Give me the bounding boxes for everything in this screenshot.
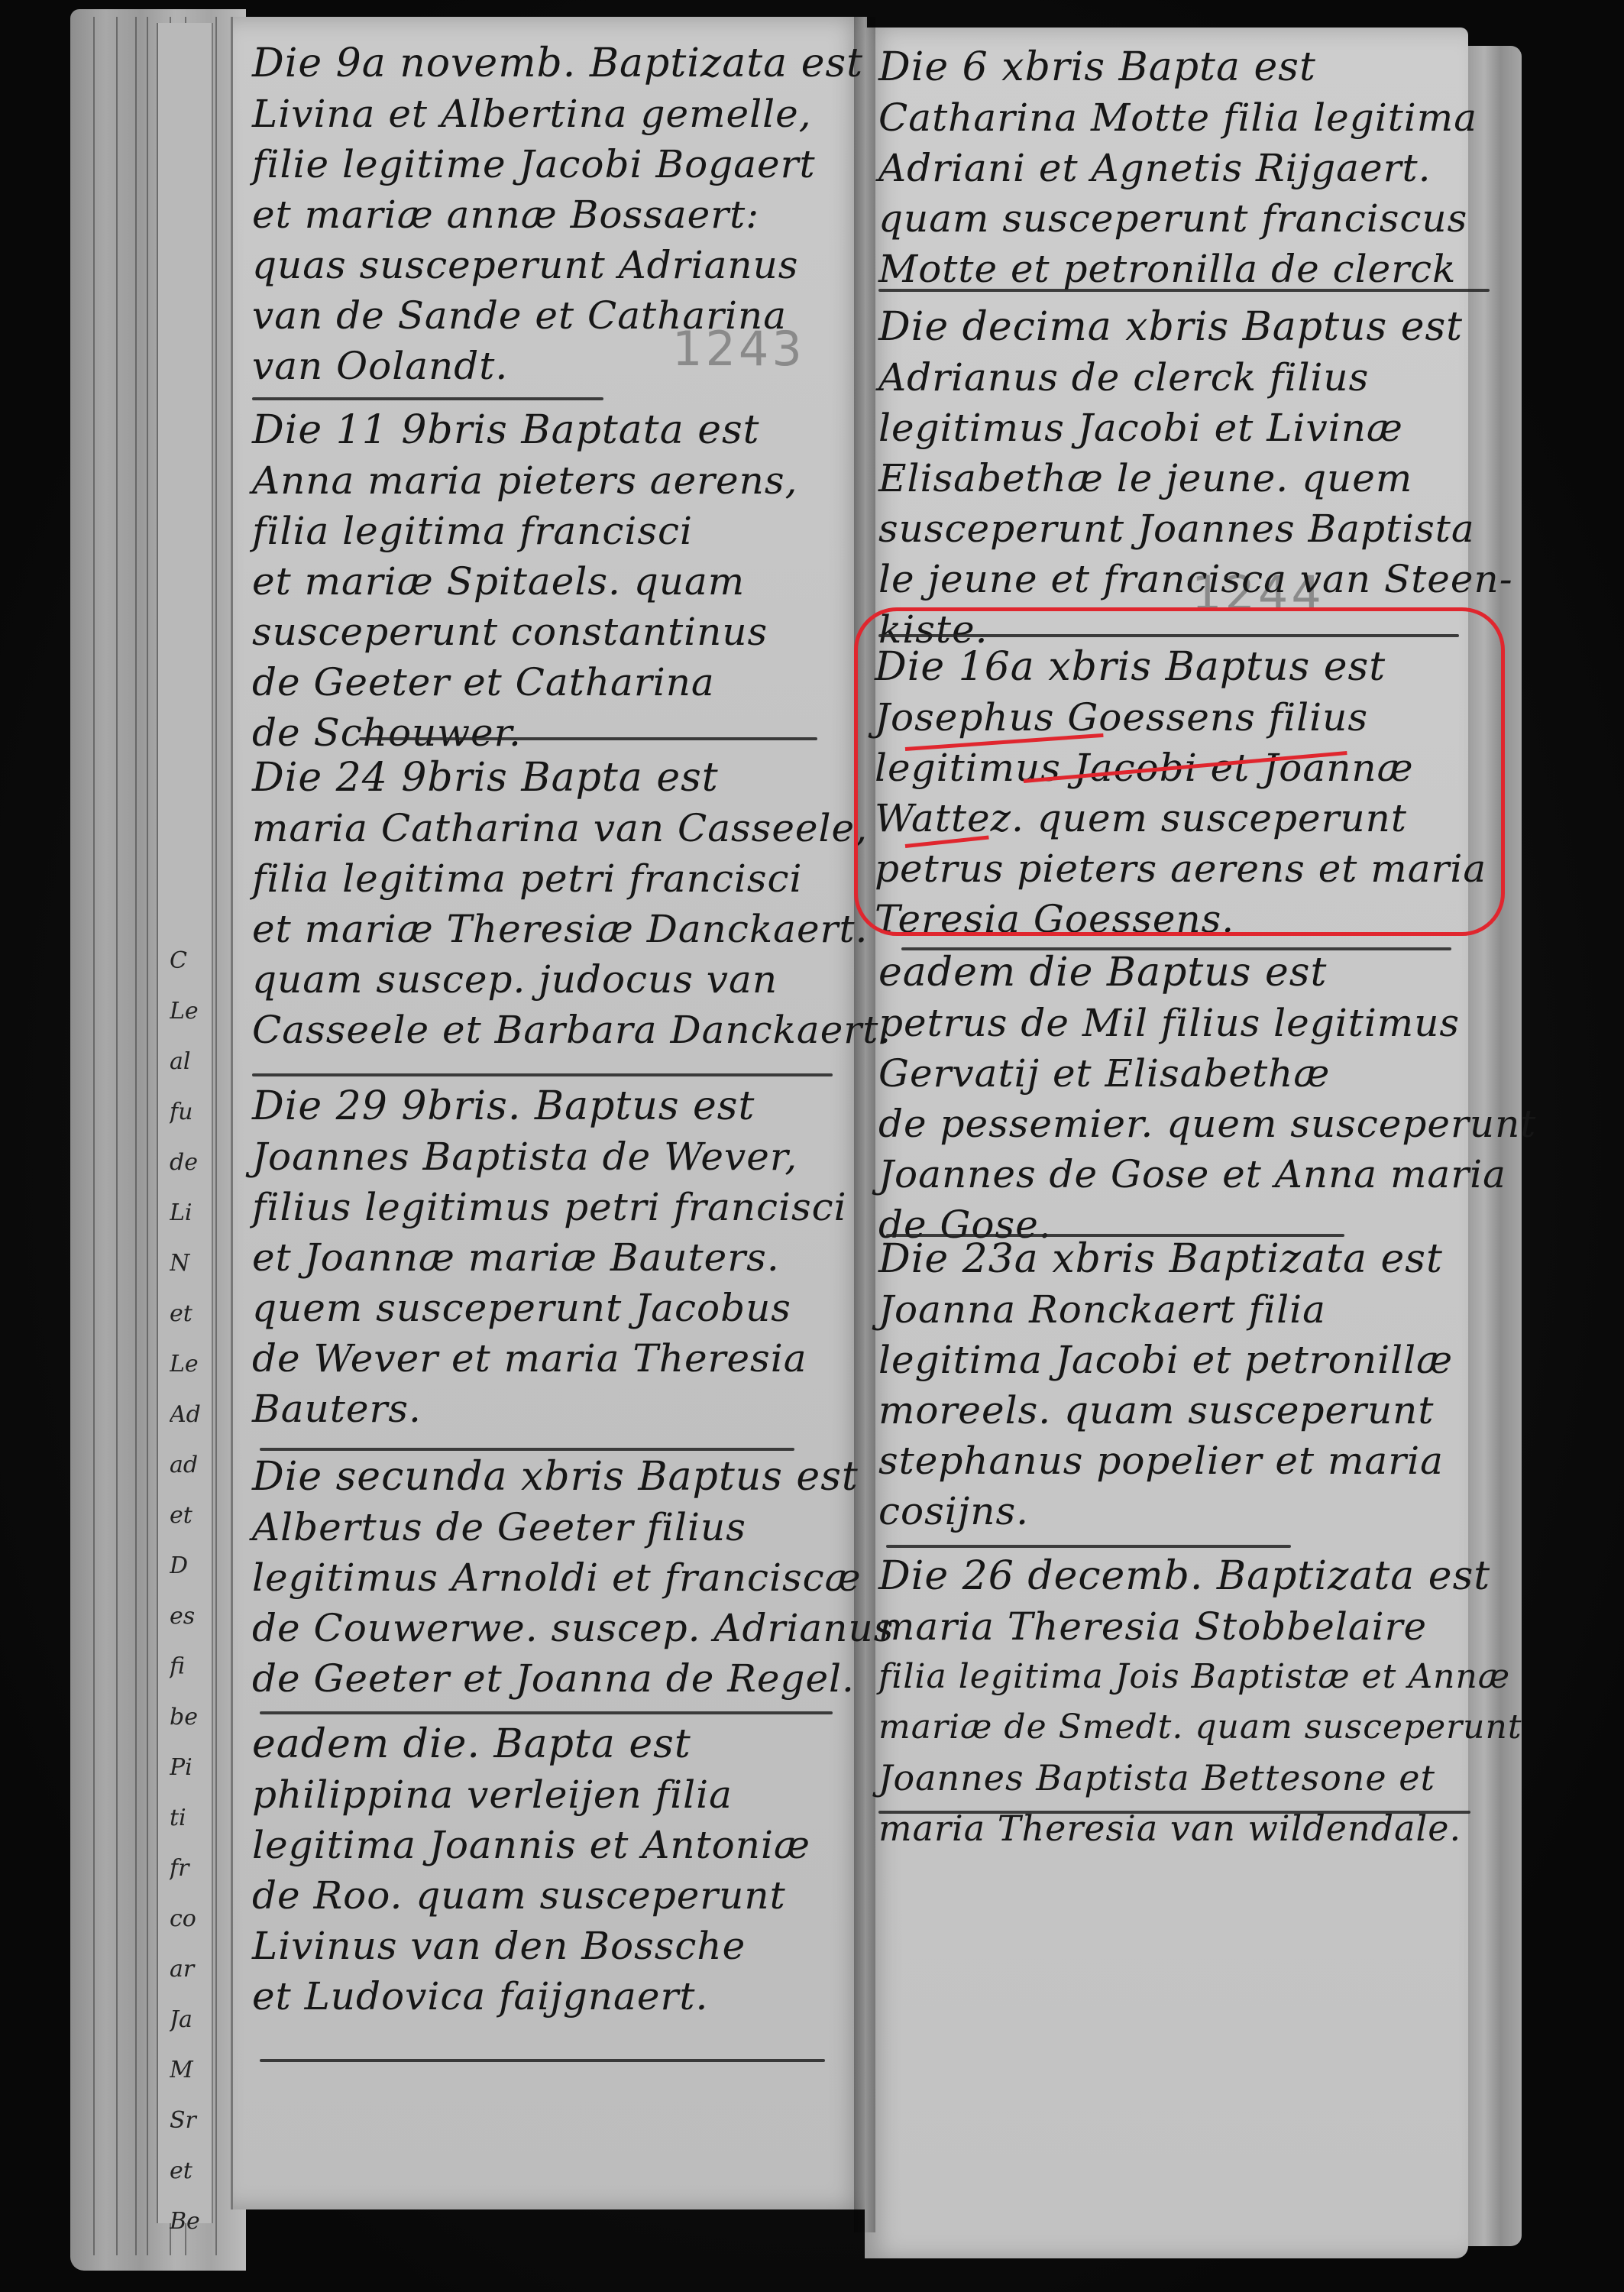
margin-fragment: Li (170, 1199, 209, 1226)
entry-line: Joannes Baptista Bettesone et (878, 1753, 1522, 1803)
margin-fragment: fi (170, 1653, 209, 1680)
margin-fragment: ti (170, 1805, 209, 1831)
entry-heading: Die 9a novemb. Baptizata est (252, 38, 863, 89)
entry-line: cosijns. (878, 1486, 1453, 1536)
margin-fragment: es (170, 1603, 209, 1630)
entry-line: Albertus de Geeter filius (252, 1502, 894, 1552)
entry-line: maria Theresia Stobbelaire (878, 1601, 1522, 1652)
entry-line: filius legitimus petri francisci (252, 1182, 847, 1232)
margin-fragment: fr (170, 1855, 209, 1882)
entry-line: philippina verleijen filia (252, 1769, 810, 1820)
baptism-entry: eadem die. Bapta est philippina verleije… (252, 1719, 810, 2022)
entry-line: et mariæ Theresiæ Danckaert. (252, 904, 891, 954)
entry-divider (260, 1448, 794, 1451)
entry-heading: Die secunda xbris Baptus est (252, 1452, 894, 1502)
entry-heading: Die 26 decemb. Baptizata est (878, 1551, 1522, 1601)
entry-divider (260, 1711, 833, 1714)
entry-line: et Joannæ mariæ Bauters. (252, 1232, 847, 1283)
baptism-entry: Die 9a novemb. Baptizata est Livina et A… (252, 38, 863, 391)
baptism-entry: eadem die Baptus est petrus de Mil filiu… (878, 947, 1536, 1250)
entry-line: quam susceperunt franciscus (878, 193, 1477, 244)
entry-line: quas susceperunt Adrianus (252, 240, 863, 290)
entry-line: filia legitima francisci (252, 506, 797, 556)
entry-line: de Couwerwe. suscep. Adrianus (252, 1603, 894, 1653)
entry-divider (878, 289, 1490, 292)
entry-line: stephanus popelier et maria (878, 1436, 1453, 1486)
entry-divider (252, 1073, 833, 1076)
entry-line: Gervatij et Elisabethæ (878, 1048, 1536, 1099)
baptism-entry: Die secunda xbris Baptus est Albertus de… (252, 1452, 894, 1704)
entry-line: legitimus Jacobi et Livinæ (878, 403, 1513, 453)
entry-line: de Schouwer. (252, 707, 797, 758)
entry-line: Bauters. (252, 1384, 847, 1434)
baptism-entry: Die 29 9bris. Baptus est Joannes Baptist… (252, 1081, 847, 1434)
margin-fragment: et (170, 1300, 209, 1327)
entry-line: et mariæ Spitaels. quam (252, 556, 797, 607)
entry-heading: Die 11 9bris Baptata est (252, 405, 797, 455)
red-annotation-box (854, 607, 1505, 936)
entry-line: filie legitime Jacobi Bogaert (252, 139, 863, 189)
margin-fragment: Pi (170, 1754, 209, 1781)
margin-fragment: Ja (170, 2006, 209, 2033)
margin-fragment: N (170, 1250, 209, 1277)
margin-fragment: et (170, 2158, 209, 2184)
baptism-entry: Die 11 9bris Baptata est Anna maria piet… (252, 405, 797, 758)
margin-fragment: al (170, 1048, 209, 1075)
margin-fragment: ad (170, 1452, 209, 1478)
entry-line: Adrianus de clerck filius (878, 352, 1513, 403)
entry-line: de Geeter et Joanna de Regel. (252, 1653, 894, 1704)
margin-fragment: C (170, 947, 209, 974)
margin-fragment: Le (170, 998, 209, 1025)
entry-line: le jeune et francisca van Steen- (878, 554, 1513, 604)
entry-line: moreels. quam susceperunt (878, 1385, 1453, 1436)
margin-fragment: Ad (170, 1401, 209, 1428)
entry-line: et Ludovica faijgnaert. (252, 1971, 810, 2022)
entry-line: et mariæ annæ Bossaert: (252, 189, 863, 240)
baptism-entry: Die 26 decemb. Baptizata est maria There… (878, 1551, 1522, 1853)
margin-fragment: D (170, 1552, 209, 1579)
margin-fragment: Sr (170, 2107, 209, 2134)
margin-fragment: de (170, 1149, 209, 1176)
entry-heading: Die 6 xbris Bapta est (878, 42, 1477, 92)
entry-line: Livina et Albertina gemelle, (252, 89, 863, 139)
entry-line: quam suscep. judocus van (252, 954, 891, 1005)
entry-heading: eadem die. Bapta est (252, 1719, 810, 1769)
entry-line: Joannes Baptista de Wever, (252, 1131, 847, 1182)
baptism-entry: Die decima xbris Baptus est Adrianus de … (878, 302, 1513, 655)
margin-fragment: Be (170, 2208, 209, 2235)
entry-line: Adriani et Agnetis Rijgaert. (878, 143, 1477, 193)
entry-divider (886, 1545, 1291, 1548)
entry-heading: Die 24 9bris Bapta est (252, 753, 891, 803)
entry-line: de pessemier. quem susceperunt (878, 1099, 1536, 1149)
entry-divider (878, 1811, 1470, 1814)
entry-line: van de Sande et Catharina (252, 290, 863, 341)
baptism-entry: Die 24 9bris Bapta est maria Catharina v… (252, 753, 891, 1055)
entry-line: de Roo. quam susceperunt (252, 1870, 810, 1921)
margin-fragment: co (170, 1905, 209, 1932)
entry-line: mariæ de Smedt. quam susceperunt (878, 1702, 1522, 1753)
entry-divider (252, 397, 603, 400)
entry-heading: Die 23a xbris Baptizata est (878, 1234, 1453, 1284)
entry-line: de Wever et maria Theresia (252, 1333, 847, 1384)
entry-line: susceperunt constantinus (252, 607, 797, 657)
entry-heading: eadem die Baptus est (878, 947, 1536, 998)
entry-line: Livinus van den Bossche (252, 1921, 810, 1971)
margin-fragment: fu (170, 1099, 209, 1125)
entry-heading: Die decima xbris Baptus est (878, 302, 1513, 352)
entry-line: quem susceperunt Jacobus (252, 1283, 847, 1333)
entry-line: legitimus Arnoldi et franciscæ (252, 1552, 894, 1603)
entry-line: Joannes de Gose et Anna maria (878, 1149, 1536, 1199)
margin-fragment: be (170, 1704, 209, 1730)
margin-fragment: M (170, 2057, 209, 2083)
baptism-entry: Die 6 xbris Bapta est Catharina Motte fi… (878, 42, 1477, 294)
margin-fragment: et (170, 1502, 209, 1529)
entry-line: Anna maria pieters aerens, (252, 455, 797, 506)
entry-line: Joanna Ronckaert filia (878, 1284, 1453, 1335)
entry-line: de Geeter et Catharina (252, 657, 797, 707)
entry-line: maria Catharina van Casseele, (252, 803, 891, 853)
entry-divider (260, 2059, 825, 2062)
entry-divider (359, 737, 817, 740)
entry-line: van Oolandt. (252, 341, 863, 391)
entry-line: petrus de Mil filius legitimus (878, 998, 1536, 1048)
entry-line: Motte et petronilla de clerck (878, 244, 1477, 294)
entry-line: Catharina Motte filia legitima (878, 92, 1477, 143)
entry-line: Elisabethæ le jeune. quem (878, 453, 1513, 503)
entry-line: legitima Joannis et Antoniæ (252, 1820, 810, 1870)
margin-fragment: ar (170, 1956, 209, 1983)
entry-line: susceperunt Joannes Baptista (878, 503, 1513, 554)
margin-fragment: Le (170, 1351, 209, 1377)
entry-heading: Die 29 9bris. Baptus est (252, 1081, 847, 1131)
entry-line: filia legitima Jois Baptistæ et Annæ (878, 1652, 1522, 1702)
baptism-entry: Die 23a xbris Baptizata est Joanna Ronck… (878, 1234, 1453, 1536)
entry-line: legitima Jacobi et petronillæ (878, 1335, 1453, 1385)
entry-line: Casseele et Barbara Danckaert. (252, 1005, 891, 1055)
entry-line: filia legitima petri francisci (252, 853, 891, 904)
